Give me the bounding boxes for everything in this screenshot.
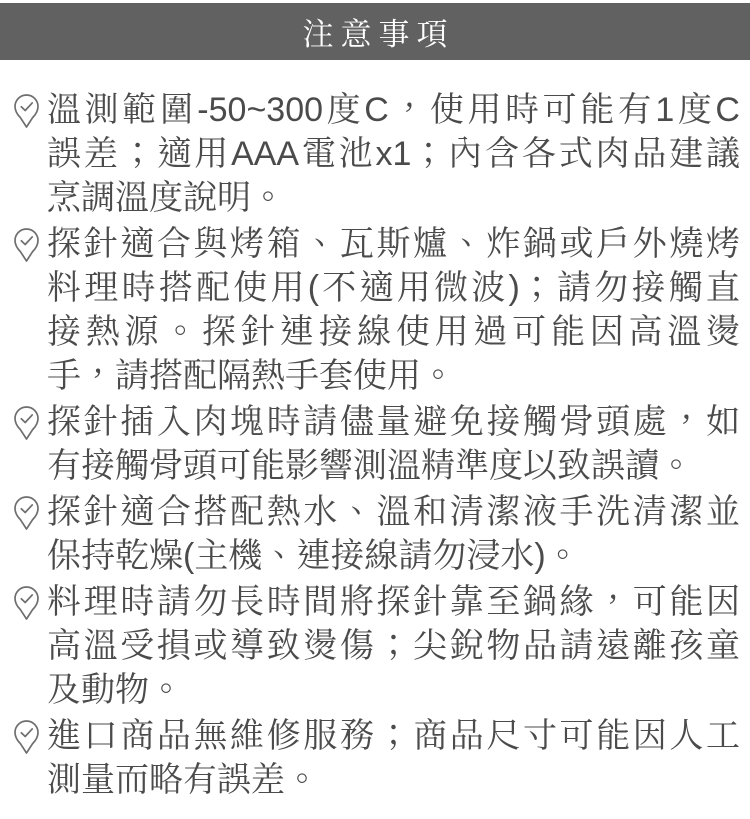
- notice-item: 進口商品無維修服務；商品尺寸可能因人工測量而略有誤差。: [13, 714, 740, 802]
- notice-line: 進口商品無維修服務；商品尺寸可能因人工: [47, 714, 740, 758]
- check-pin-icon: [13, 227, 40, 263]
- notice-header: 注意事項: [0, 3, 750, 60]
- notice-line: 料理時請勿長時間將探針靠至鍋緣，可能因: [47, 580, 740, 624]
- notice-list: 溫測範圍-50~300度C，使用時可能有1度C誤差；適用AAA電池x1；內含各式…: [0, 60, 750, 802]
- notice-line: 料理時搭配使用(不適用微波)；請勿接觸直: [47, 266, 740, 310]
- check-pin-icon: [13, 405, 40, 441]
- notice-text: 料理時請勿長時間將探針靠至鍋緣，可能因高溫受損或導致燙傷；尖銳物品請遠離孩童及動…: [47, 580, 740, 712]
- check-pin-icon: [13, 719, 40, 755]
- notice-line: 烹調溫度說明。: [47, 176, 740, 220]
- page-title: 注意事項: [296, 9, 455, 54]
- notice-line: 有接觸骨頭可能影響測溫精準度以致誤讀。: [47, 444, 740, 488]
- notice-text: 探針適合搭配熱水、溫和清潔液手洗清潔並保持乾燥(主機、連接線請勿浸水)。: [47, 490, 740, 578]
- notice-item: 探針適合與烤箱、瓦斯爐、炸鍋或戶外燒烤料理時搭配使用(不適用微波)；請勿接觸直接…: [13, 222, 740, 398]
- notice-line: 保持乾燥(主機、連接線請勿浸水)。: [47, 534, 740, 578]
- notice-line: 探針適合與烤箱、瓦斯爐、炸鍋或戶外燒烤: [47, 222, 740, 266]
- notice-item: 探針插入肉塊時請儘量避免接觸骨頭處，如有接觸骨頭可能影響測溫精準度以致誤讀。: [13, 400, 740, 488]
- notice-text: 探針插入肉塊時請儘量避免接觸骨頭處，如有接觸骨頭可能影響測溫精準度以致誤讀。: [47, 400, 740, 488]
- check-pin-icon: [13, 93, 40, 129]
- notice-page: 注意事項 溫測範圍-50~300度C，使用時可能有1度C誤差；適用AAA電池x1…: [0, 0, 750, 819]
- notice-line: 溫測範圍-50~300度C，使用時可能有1度C: [47, 88, 740, 132]
- notice-line: 及動物。: [47, 668, 740, 712]
- notice-text: 溫測範圍-50~300度C，使用時可能有1度C誤差；適用AAA電池x1；內含各式…: [47, 88, 740, 220]
- notice-line: 手，請搭配隔熱手套使用。: [47, 354, 740, 398]
- notice-text: 進口商品無維修服務；商品尺寸可能因人工測量而略有誤差。: [47, 714, 740, 802]
- notice-item: 溫測範圍-50~300度C，使用時可能有1度C誤差；適用AAA電池x1；內含各式…: [13, 88, 740, 220]
- notice-text: 探針適合與烤箱、瓦斯爐、炸鍋或戶外燒烤料理時搭配使用(不適用微波)；請勿接觸直接…: [47, 222, 740, 398]
- notice-item: 料理時請勿長時間將探針靠至鍋緣，可能因高溫受損或導致燙傷；尖銳物品請遠離孩童及動…: [13, 580, 740, 712]
- notice-item: 探針適合搭配熱水、溫和清潔液手洗清潔並保持乾燥(主機、連接線請勿浸水)。: [13, 490, 740, 578]
- notice-line: 接熱源。探針連接線使用過可能因高溫燙: [47, 310, 740, 354]
- notice-line: 測量而略有誤差。: [47, 758, 740, 802]
- check-pin-icon: [13, 585, 40, 621]
- notice-line: 高溫受損或導致燙傷；尖銳物品請遠離孩童: [47, 624, 740, 668]
- notice-line: 誤差；適用AAA電池x1；內含各式肉品建議: [47, 132, 740, 176]
- notice-line: 探針適合搭配熱水、溫和清潔液手洗清潔並: [47, 490, 740, 534]
- notice-line: 探針插入肉塊時請儘量避免接觸骨頭處，如: [47, 400, 740, 444]
- check-pin-icon: [13, 495, 40, 531]
